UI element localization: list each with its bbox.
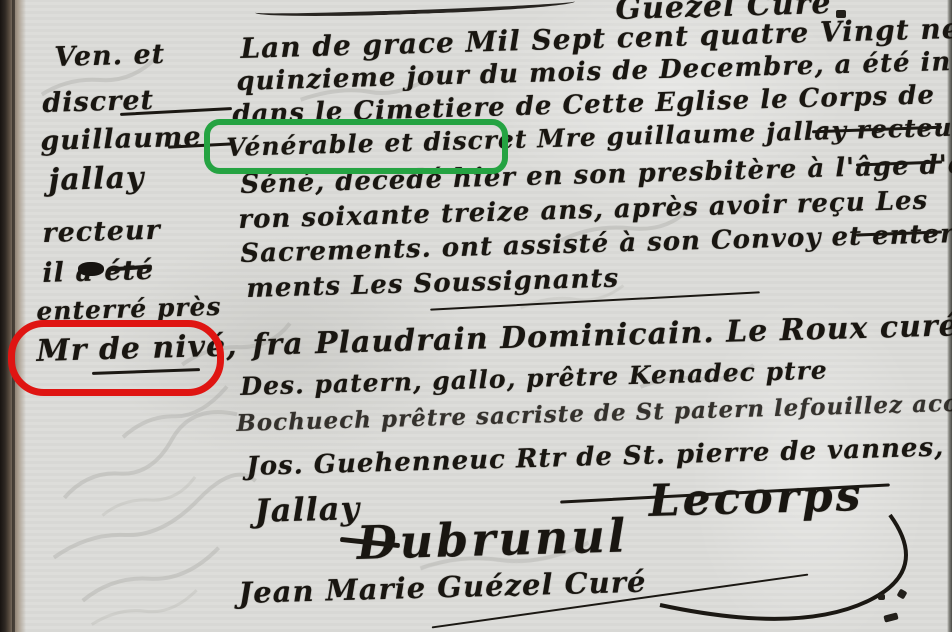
margin-line: jallay (48, 160, 145, 198)
signature-lecorps: Lecorps (648, 470, 864, 527)
signature-line: Jean Marie Guézel Curé (238, 565, 647, 610)
ink-blot (78, 262, 104, 276)
red-oval-annotation (8, 320, 224, 396)
signature-dubrunul: Dubrunul (356, 508, 629, 570)
margin-line: Ven. et (54, 39, 166, 73)
book-spine-streak (12, 0, 15, 632)
signature-line: Des. patern, gallo, prêtre Kenadec ptre (240, 356, 828, 401)
ink-speck (836, 10, 846, 18)
crossed-out-scribble (255, 0, 575, 20)
ink-speck (878, 594, 885, 600)
margin-line: recteur (42, 215, 161, 249)
green-box-annotation (204, 119, 508, 174)
act-line: ments Les Soussignants (246, 264, 620, 304)
scanned-register-page: Guézel Curé Ven. et discret guillaume ja… (0, 0, 952, 632)
margin-line: guillaume (40, 122, 202, 157)
signature-jallay: Jallay (254, 489, 361, 530)
ink-speck (897, 589, 908, 600)
ink-speck (883, 612, 898, 622)
signature-line: fra Plaudrain Dominicain. Le Roux curé (252, 308, 952, 363)
